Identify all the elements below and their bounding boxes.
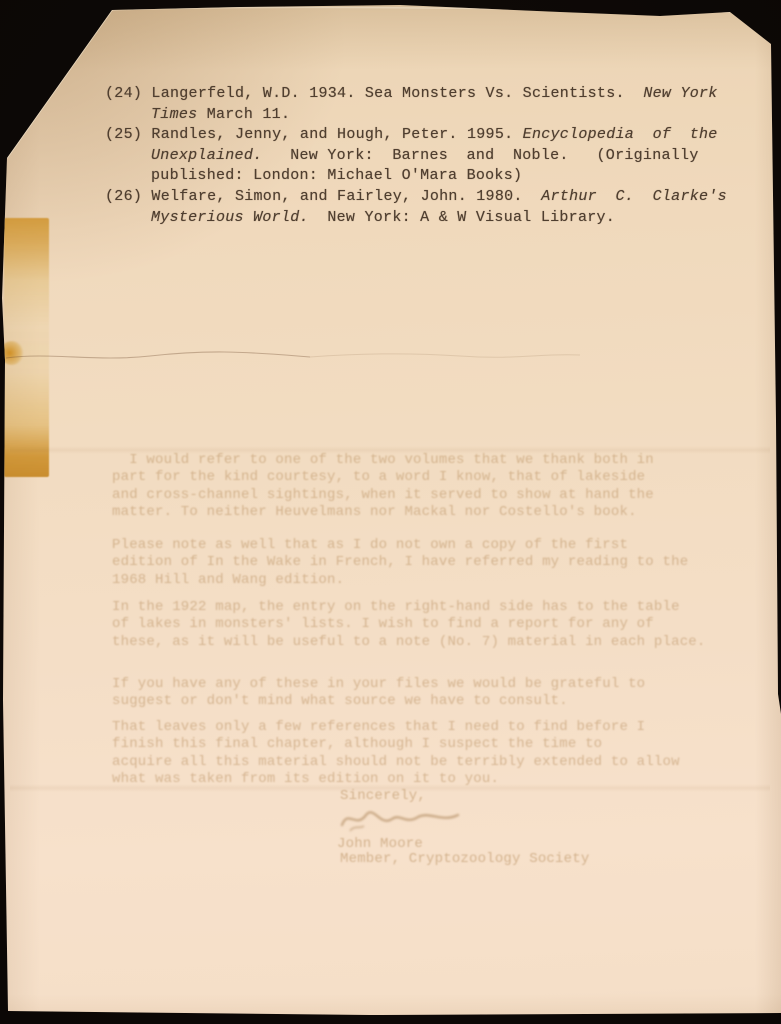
bleedthrough-line: these, as it will be useful to a note (N…	[112, 634, 734, 651]
reference-text: (26) Welfare, Simon, and Fairley, John. …	[105, 188, 541, 205]
bleedthrough-line: That leaves only a few references that I…	[112, 719, 734, 736]
bleedthrough-line: edition of In the Wake in French, I have…	[112, 554, 734, 571]
reference-text: (25) Randles, Jenny, and Hough, Peter. 1…	[105, 126, 523, 143]
reference-line: Times March 11.	[151, 105, 730, 126]
reference-line: (25) Randles, Jenny, and Hough, Peter. 1…	[105, 125, 730, 146]
bleedthrough-paragraph: If you have any of these in your files w…	[112, 676, 734, 711]
reference-line: Mysterious World. New York: A & W Visual…	[151, 208, 730, 229]
bleedthrough-line: matter. To neither Heuvelmans nor Mackal…	[112, 504, 734, 521]
letter-fold-shadow	[10, 446, 770, 454]
reference-title-italic: New York	[643, 85, 717, 102]
reference-text: March 11.	[197, 106, 290, 123]
reference-line: (26) Welfare, Simon, and Fairley, John. …	[105, 187, 730, 208]
photo-background: (24) Langerfeld, W.D. 1934. Sea Monsters…	[0, 0, 781, 1024]
reference-text: published: London: Michael O'Mara Books)	[151, 167, 522, 184]
bleedthrough-line: finish this final chapter, although I su…	[112, 736, 734, 753]
bleedthrough-line: I would refer to one of the two volumes …	[112, 452, 734, 469]
ghost-signature	[336, 801, 464, 835]
bleedthrough-line: acquire all this material should not be …	[112, 754, 734, 771]
reference-text: New York: A & W Visual Library.	[309, 209, 615, 226]
document-page: (24) Langerfeld, W.D. 1934. Sea Monsters…	[0, 0, 781, 1024]
bleedthrough-name: John Moore	[337, 836, 423, 852]
bleedthrough-line: In the 1922 map, the entry on the right-…	[112, 599, 734, 616]
reference-title-italic: Mysterious World.	[151, 209, 309, 226]
reference-title-italic: Encyclopedia of the	[523, 126, 718, 143]
reference-title-italic: Unexplained.	[151, 147, 262, 164]
bleedthrough-line: of lakes in monsters' lists. I wish to f…	[112, 616, 734, 633]
reference-title-italic: Times	[151, 106, 197, 123]
bleedthrough-line: part for the kind courtesy, to a word I …	[112, 469, 734, 486]
bleedthrough-paragraph: Please note as well that as I do not own…	[112, 537, 734, 589]
reference-text: (24) Langerfeld, W.D. 1934. Sea Monsters…	[105, 85, 643, 102]
bleedthrough-paragraph: I would refer to one of the two volumes …	[112, 452, 734, 521]
reference-line: (24) Langerfeld, W.D. 1934. Sea Monsters…	[105, 84, 730, 105]
bleedthrough-line: suggest or don't mind what source we hav…	[112, 693, 734, 710]
bleedthrough-line: 1968 Hill and Wang edition.	[112, 572, 734, 589]
bleedthrough-line: If you have any of these in your files w…	[112, 676, 734, 693]
reference-text: New York: Barnes and Noble. (Originally	[262, 147, 698, 164]
reference-list: (24) Langerfeld, W.D. 1934. Sea Monsters…	[105, 84, 730, 228]
reference-line: Unexplained. New York: Barnes and Noble.…	[151, 146, 730, 167]
bleedthrough-paragraph: In the 1922 map, the entry on the right-…	[112, 599, 734, 651]
tape-stain-blob	[0, 341, 24, 365]
bleedthrough-paragraph: That leaves only a few references that I…	[112, 719, 734, 788]
bleedthrough-line: and cross-channel sightings, when it ser…	[112, 487, 734, 504]
bleedthrough-line: Please note as well that as I do not own…	[112, 537, 734, 554]
reference-title-italic: Arthur C. Clarke's	[541, 188, 727, 205]
bleedthrough-affiliation: Member, Cryptozoology Society	[340, 851, 589, 867]
bleedthrough-line: what was taken from its edition on it to…	[112, 771, 734, 788]
reference-line: published: London: Michael O'Mara Books)	[151, 166, 730, 187]
